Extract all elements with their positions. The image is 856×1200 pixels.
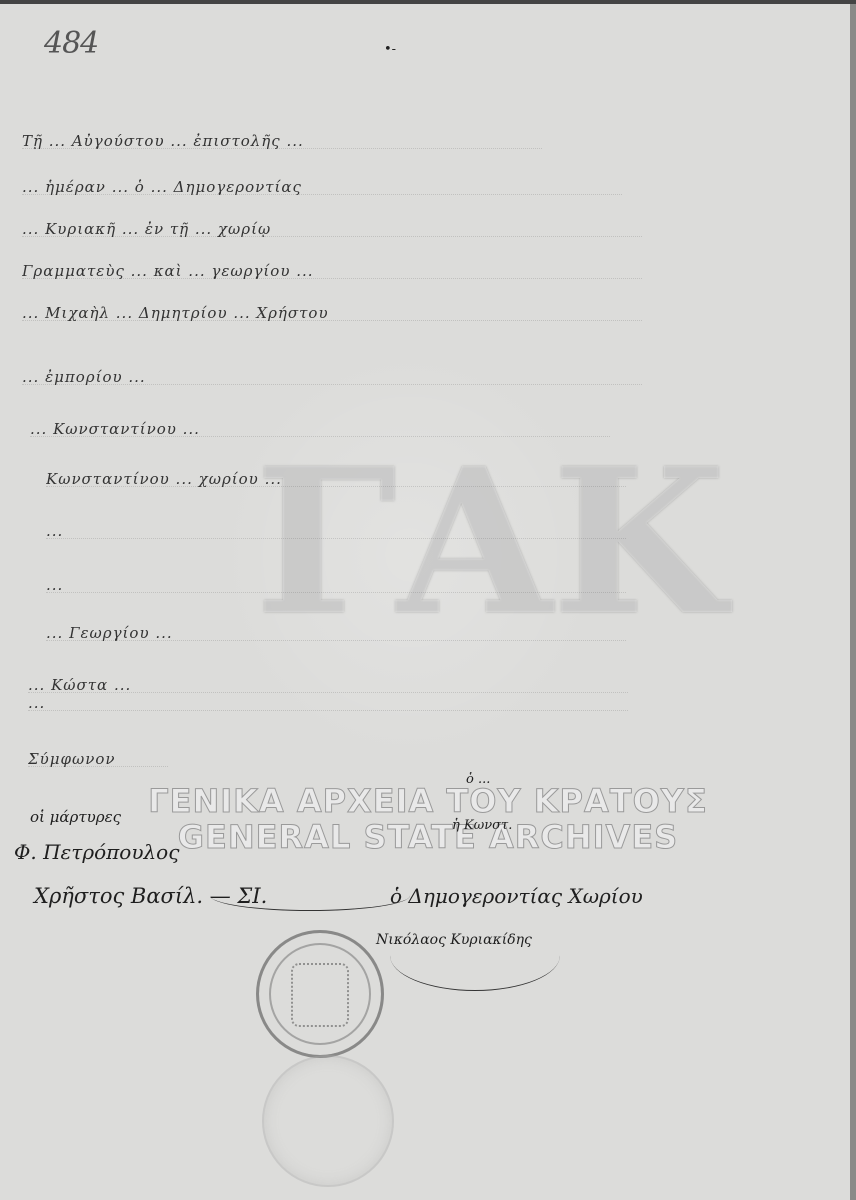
signature: ἡ Κωνστ. (452, 818, 512, 833)
handwritten-line: ... Κωνσταντίνου ... (30, 420, 610, 442)
signature: οἱ μάρτυρες (30, 808, 121, 826)
handwritten-line: ... Γεωργίου ... (46, 624, 626, 646)
handwritten-line: ... Μιχαὴλ ... Δημητρίου ... Χρήστου (22, 304, 642, 326)
handwritten-line: Τῇ ... Αὐγούστου ... ἐπιστολῆς ... (22, 132, 542, 154)
signature: ὁ Δημογεροντίας Χωρίου (390, 884, 643, 908)
handwritten-line: ... ἐμπορίου ... (22, 368, 642, 390)
watermark-greek: ΓΕΝΙΚΑ ΑΡΧΕΙΑ ΤΟΥ ΚΡΑΤΟΥΣ (0, 782, 856, 820)
handwritten-line: ... Κυριακῆ ... ἐν τῇ ... χωρίῳ (22, 220, 642, 242)
signature-flourish (210, 880, 410, 911)
handwritten-line: ... (46, 576, 626, 598)
header-ornament: •- (384, 42, 396, 57)
page-number: 484 (44, 26, 98, 61)
handwritten-line: ... ἡμέραν ... ὁ ... Δημογεροντίας (22, 178, 622, 200)
signature-flourish (390, 920, 560, 991)
seal-emblem (291, 963, 349, 1027)
signature: Φ. Πετρόπουλος (14, 840, 179, 864)
handwritten-line: Σύμφωνον (28, 750, 168, 772)
handwritten-line: Γραμματεὺς ... καὶ ... γεωργίου ... (22, 262, 642, 284)
ink-seal-stamp (256, 930, 384, 1058)
embossed-seal (262, 1055, 394, 1187)
manuscript-page: 484 •- ΓΑΚ Τῇ ... Αὐγούστου ... ἐπιστολῆ… (0, 0, 856, 1200)
signature: ὁ ... (466, 772, 490, 787)
handwritten-line: Κωνσταντίνου ... χωρίου ... (46, 470, 626, 492)
handwritten-line: ... (28, 694, 628, 716)
handwritten-line: ... (46, 522, 626, 544)
